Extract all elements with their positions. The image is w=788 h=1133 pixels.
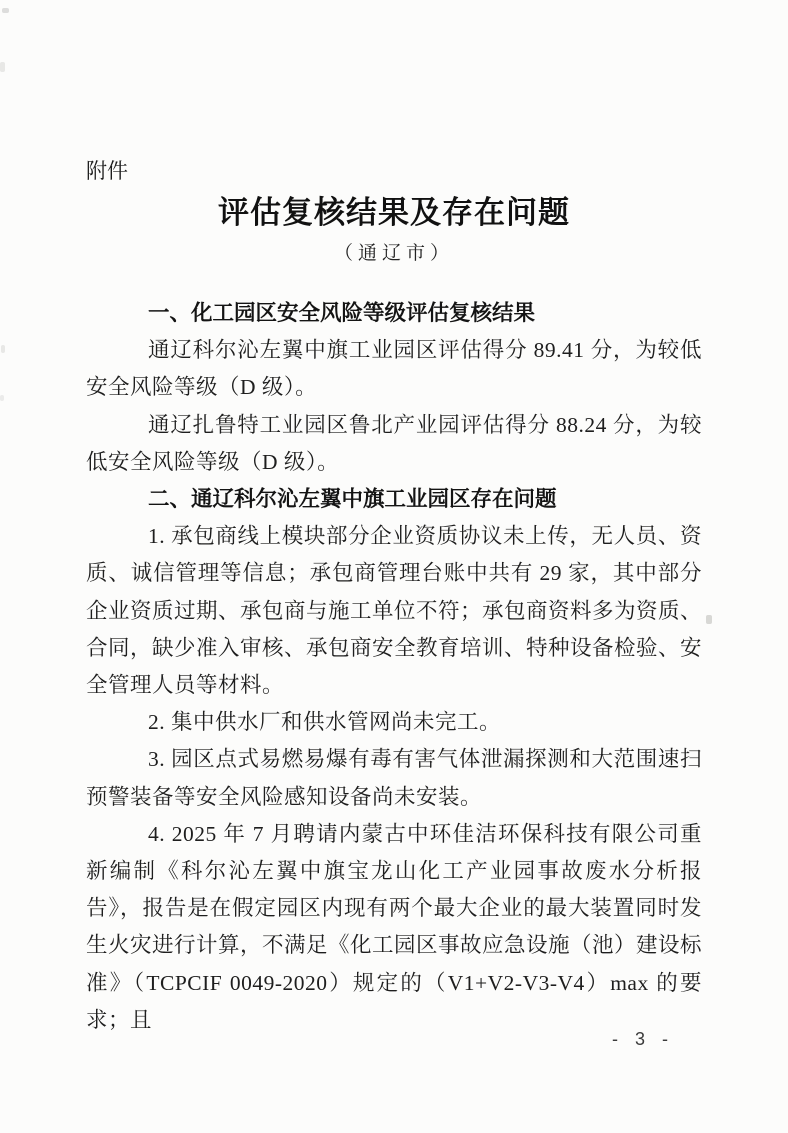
paragraph: 2. 集中供水厂和供水管网尚未完工。 bbox=[86, 704, 702, 741]
scan-artifact bbox=[2, 8, 9, 13]
paragraph: 1. 承包商线上模块部分企业资质协议未上传，无人员、资质、诚信管理等信息；承包商… bbox=[86, 518, 702, 704]
paragraph: 4. 2025 年 7 月聘请内蒙古中环佳洁环保科技有限公司重新编制《科尔沁左翼… bbox=[86, 816, 702, 1039]
section-2-heading: 二、通辽科尔沁左翼中旗工业园区存在问题 bbox=[86, 481, 702, 518]
scan-artifact bbox=[0, 62, 5, 72]
paragraph: 通辽扎鲁特工业园区鲁北产业园评估得分 88.24 分，为较低安全风险等级（D 级… bbox=[86, 407, 702, 481]
document-page: 附件 评估复核结果及存在问题 （通辽市） 一、化工园区安全风险等级评估复核结果 … bbox=[0, 0, 788, 1133]
scan-artifact bbox=[1, 345, 5, 353]
document-content: 附件 评估复核结果及存在问题 （通辽市） 一、化工园区安全风险等级评估复核结果 … bbox=[86, 0, 702, 1039]
attachment-label: 附件 bbox=[86, 157, 702, 187]
document-subtitle: （通辽市） bbox=[86, 240, 702, 267]
scan-artifact bbox=[0, 395, 4, 401]
paragraph: 通辽科尔沁左翼中旗工业园区评估得分 89.41 分，为较低安全风险等级（D 级）… bbox=[86, 332, 702, 406]
section-1-heading: 一、化工园区安全风险等级评估复核结果 bbox=[86, 295, 702, 332]
page-number: - 3 - bbox=[612, 1029, 674, 1050]
paragraph: 3. 园区点式易燃易爆有毒有害气体泄漏探测和大范围速扫预警装备等安全风险感知设备… bbox=[86, 741, 702, 815]
document-body: 一、化工园区安全风险等级评估复核结果 通辽科尔沁左翼中旗工业园区评估得分 89.… bbox=[86, 295, 702, 1039]
scan-artifact bbox=[706, 615, 712, 624]
document-title: 评估复核结果及存在问题 bbox=[86, 192, 702, 233]
